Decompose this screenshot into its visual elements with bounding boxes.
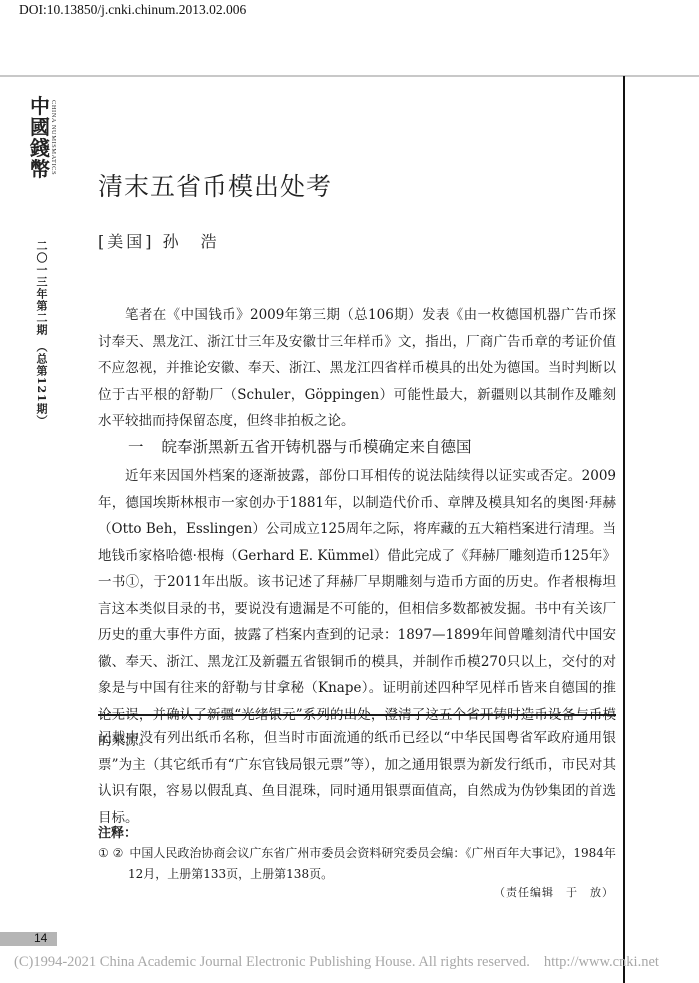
issue-info: 二〇一三年第二期 （总第121期） bbox=[33, 240, 49, 427]
publisher-link[interactable]: http://www.cnki.net bbox=[544, 954, 659, 970]
header-divider bbox=[0, 75, 699, 77]
section-title: 皖奉浙黑新五省开铸机器与币模确定来自德国 bbox=[162, 438, 472, 456]
article-author: [美国] 孙 浩 bbox=[98, 229, 220, 252]
paragraph-text: 笔者在《中国钱币》2009年第三期（总106期）发表《由一枚德国机器广告币探讨奉… bbox=[98, 302, 616, 435]
footnote: ① ②中国人民政治协商会议广东省广州市委员会资料研究委员会编：《广州百年大事记》… bbox=[98, 843, 616, 885]
copyright-text: (C)1994-2021 China Academic Journal Elec… bbox=[14, 954, 530, 970]
logo-char: 幣 bbox=[28, 159, 52, 180]
page-number: 14 bbox=[34, 931, 47, 945]
journal-logo-english: CHINA NUMISMATICS bbox=[50, 100, 57, 175]
page-number-bar bbox=[0, 932, 57, 946]
logo-char: 錢 bbox=[28, 138, 52, 159]
editor-credit: （责任编辑 于 放） bbox=[494, 884, 614, 900]
journal-logo: 中 國 錢 幣 bbox=[28, 96, 52, 180]
section-divider bbox=[98, 714, 616, 716]
article-title: 清末五省币模出处考 bbox=[98, 167, 332, 203]
copyright-footer: (C)1994-2021 China Academic Journal Elec… bbox=[14, 954, 659, 971]
doi-label: DOI:10.13850/j.cnki.chinum.2013.02.006 bbox=[19, 2, 246, 18]
margin-divider bbox=[623, 76, 625, 983]
intro-paragraph: 笔者在《中国钱币》2009年第三期（总106期）发表《由一枚德国机器广告币探讨奉… bbox=[98, 302, 616, 435]
continued-paragraph: 记载中没有列出纸币名称，但当时市面流通的纸币已经以“中华民国粤省军政府通用银票”… bbox=[98, 725, 616, 831]
section-paragraph: 近年来因国外档案的逐渐披露，部份口耳相传的说法陆续得以证实或否定。2009年，德… bbox=[98, 463, 616, 755]
footnote-continuation: 12月，上册第133页，上册第138页。 bbox=[98, 864, 616, 885]
footnote-marker: ① ② bbox=[98, 846, 123, 860]
section-heading: 一皖奉浙黑新五省开铸机器与币模确定来自德国 bbox=[128, 435, 472, 457]
paragraph-text: 近年来因国外档案的逐渐披露，部份口耳相传的说法陆续得以证实或否定。2009年，德… bbox=[98, 463, 616, 755]
notes-heading: 注释： bbox=[98, 822, 137, 841]
footnote-text: 中国人民政治协商会议广东省广州市委员会资料研究委员会编：《广州百年大事记》，19… bbox=[129, 846, 616, 860]
section-number: 一 bbox=[128, 438, 144, 456]
logo-char: 國 bbox=[28, 117, 52, 138]
paragraph-text: 记载中没有列出纸币名称，但当时市面流通的纸币已经以“中华民国粤省军政府通用银票”… bbox=[98, 725, 616, 831]
logo-char: 中 bbox=[28, 96, 52, 117]
